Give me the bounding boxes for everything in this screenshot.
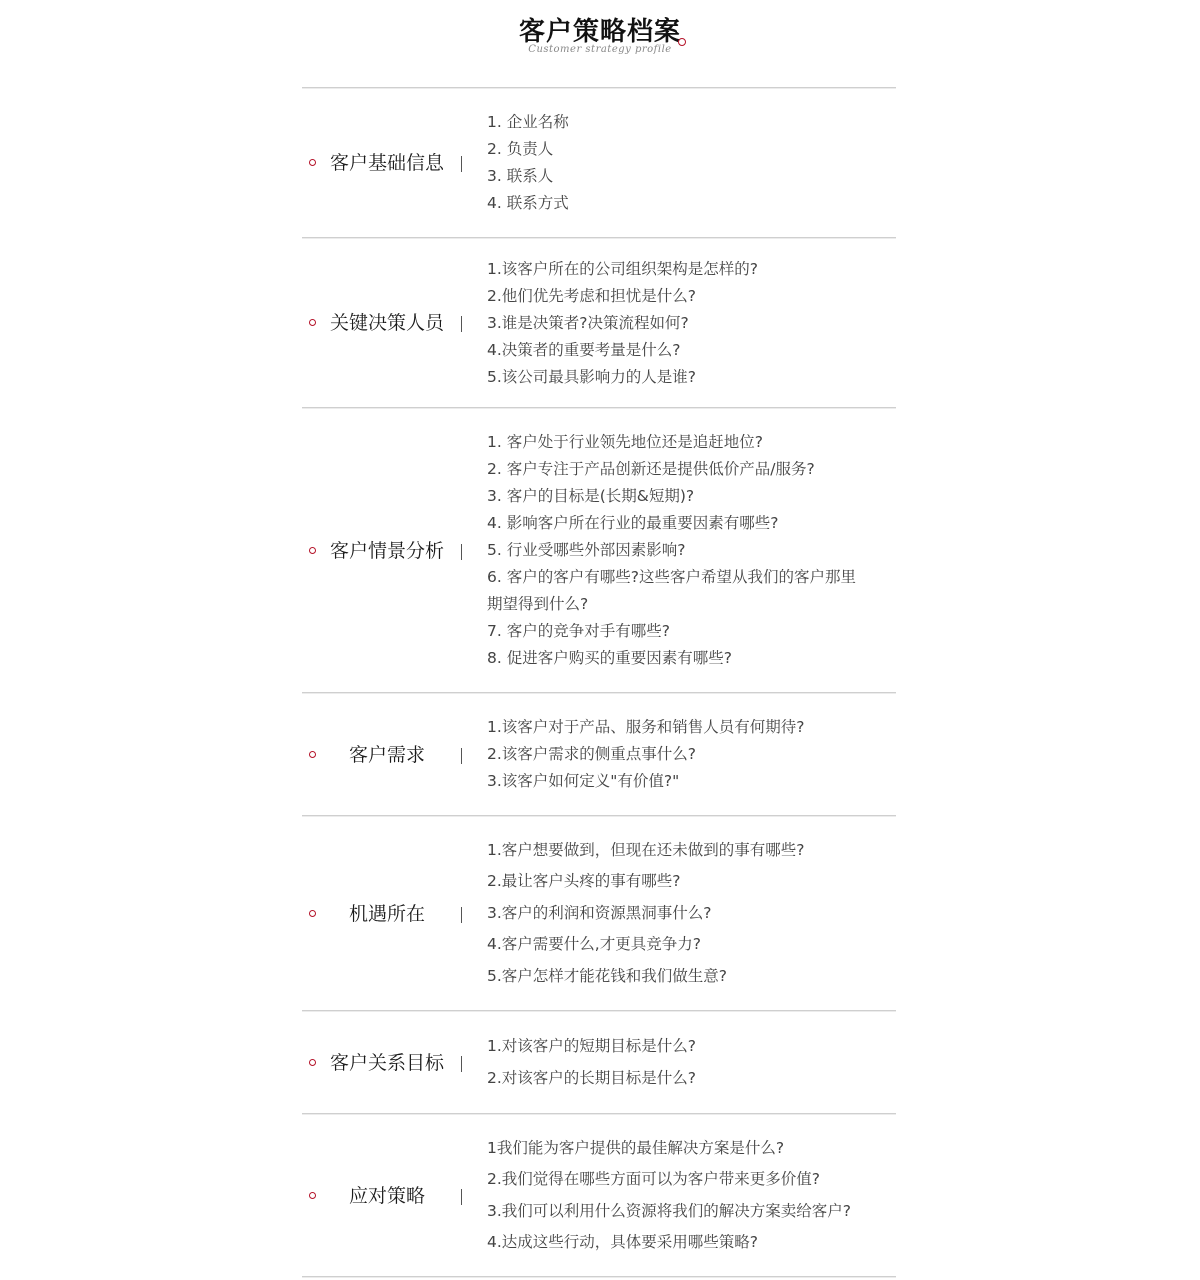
section-basic-info: 客户基础信息 1. 企业名称 2. 负责人 3. 联系人 4. 联系方式 [302,89,896,237]
section-header: 应对策略 [302,1181,487,1211]
list-item: 2. 负责人 [487,136,896,163]
item-list: 1.该客户对于产品、服务和销售人员有何期待? 2.该客户需求的侧重点事什么? 3… [487,714,896,795]
section-header: 客户情景分析 [302,536,487,566]
list-item: 1.客户想要做到，但现在还未做到的事有哪些? [487,835,896,867]
item-list: 1.该客户所在的公司组织架构是怎样的? 2.他们优先考虑和担忧是什么? 3.谁是… [487,256,896,391]
list-item: 4. 联系方式 [487,190,896,217]
list-item: 1.该客户对于产品、服务和销售人员有何期待? [487,714,896,741]
list-item: 4.客户需要什么,才更具竞争力? [487,929,896,961]
section-header: 机遇所在 [302,899,487,929]
profile-table: 客户基础信息 1. 企业名称 2. 负责人 3. 联系人 4. 联系方式 关键决… [302,87,896,1278]
section-key-decision-makers: 关键决策人员 1.该客户所在的公司组织架构是怎样的? 2.他们优先考虑和担忧是什… [302,239,896,407]
section-label: 关键决策人员 [326,308,448,338]
list-item: 2.他们优先考虑和担忧是什么? [487,283,896,310]
section-relationship-goals: 客户关系目标 1.对该客户的短期目标是什么? 2.对该客户的长期目标是什么? [302,1012,896,1113]
vertical-bar-divider [461,1056,462,1072]
item-list: 1. 企业名称 2. 负责人 3. 联系人 4. 联系方式 [487,109,896,217]
circle-bullet-icon [309,547,316,554]
list-item: 3.谁是决策者?决策流程如何? [487,310,896,337]
list-item: 2.我们觉得在哪些方面可以为客户带来更多价值? [487,1164,896,1196]
vertical-bar-divider [461,907,462,923]
list-item: 3.我们可以利用什么资源将我们的解决方案卖给客户? [487,1196,896,1228]
list-item: 1我们能为客户提供的最佳解决方案是什么? [487,1133,896,1165]
section-customer-needs: 客户需求 1.该客户对于产品、服务和销售人员有何期待? 2.该客户需求的侧重点事… [302,694,896,815]
list-item: 5.该公司最具影响力的人是谁? [487,364,896,391]
list-item: 3. 客户的目标是(长期&短期)? [487,483,896,510]
item-list: 1.对该客户的短期目标是什么? 2.对该客户的长期目标是什么? [487,1031,896,1094]
list-item: 4.达成这些行动，具体要采用哪些策略? [487,1227,896,1259]
list-item: 2. 客户专注于产品创新还是提供低价产品/服务? [487,456,896,483]
list-item: 1.对该客户的短期目标是什么? [487,1031,896,1063]
circle-accent-icon [678,38,686,46]
list-item: 5.客户怎样才能花钱和我们做生意? [487,961,896,993]
list-item: 4. 影响客户所在行业的最重要因素有哪些? [487,510,896,537]
list-item: 2.最让客户头疼的事有哪些? [487,866,896,898]
list-item: 2.对该客户的长期目标是什么? [487,1063,896,1095]
section-label: 机遇所在 [326,899,448,929]
circle-bullet-icon [309,1192,316,1199]
list-item: 1. 企业名称 [487,109,896,136]
section-header: 客户基础信息 [302,148,487,178]
list-item: 5. 行业受哪些外部因素影响? [487,537,896,564]
section-label: 客户需求 [326,740,448,770]
circle-bullet-icon [309,751,316,758]
circle-bullet-icon [309,319,316,326]
section-opportunities: 机遇所在 1.客户想要做到，但现在还未做到的事有哪些? 2.最让客户头疼的事有哪… [302,817,896,1010]
divider [302,1276,896,1278]
vertical-bar-divider [461,544,462,560]
section-label: 客户关系目标 [326,1048,448,1078]
section-header: 客户需求 [302,740,487,770]
circle-bullet-icon [309,1059,316,1066]
section-response-strategy: 应对策略 1我们能为客户提供的最佳解决方案是什么? 2.我们觉得在哪些方面可以为… [302,1115,896,1276]
vertical-bar-divider [461,316,462,332]
section-header: 客户关系目标 [302,1048,487,1078]
list-item: 4.决策者的重要考量是什么? [487,337,896,364]
page-header: 客户策略档案 Customer strategy profile [0,14,1200,55]
page-title: 客户策略档案 [519,14,681,50]
section-header: 关键决策人员 [302,308,487,338]
list-item: 3.该客户如何定义"有价值?" [487,768,896,795]
list-item: 1.该客户所在的公司组织架构是怎样的? [487,256,896,283]
list-item: 3. 联系人 [487,163,896,190]
circle-bullet-icon [309,159,316,166]
list-item: 1. 客户处于行业领先地位还是追赶地位? [487,429,896,456]
section-label: 应对策略 [326,1181,448,1211]
item-list: 1. 客户处于行业领先地位还是追赶地位? 2. 客户专注于产品创新还是提供低价产… [487,429,896,672]
list-item: 7. 客户的竞争对手有哪些? [487,618,896,645]
list-item: 8. 促进客户购买的重要因素有哪些? [487,645,896,672]
circle-bullet-icon [309,910,316,917]
item-list: 1我们能为客户提供的最佳解决方案是什么? 2.我们觉得在哪些方面可以为客户带来更… [487,1133,896,1259]
section-label: 客户基础信息 [326,148,448,178]
section-label: 客户情景分析 [326,536,448,566]
section-scenario-analysis: 客户情景分析 1. 客户处于行业领先地位还是追赶地位? 2. 客户专注于产品创新… [302,409,896,692]
item-list: 1.客户想要做到，但现在还未做到的事有哪些? 2.最让客户头疼的事有哪些? 3.… [487,835,896,993]
list-item: 2.该客户需求的侧重点事什么? [487,741,896,768]
vertical-bar-divider [461,156,462,172]
list-item: 3.客户的利润和资源黑洞事什么? [487,898,896,930]
vertical-bar-divider [461,1189,462,1205]
list-item: 6. 客户的客户有哪些?这些客户希望从我们的客户那里期望得到什么? [487,564,857,618]
vertical-bar-divider [461,748,462,764]
title-wrap: 客户策略档案 [519,14,681,50]
